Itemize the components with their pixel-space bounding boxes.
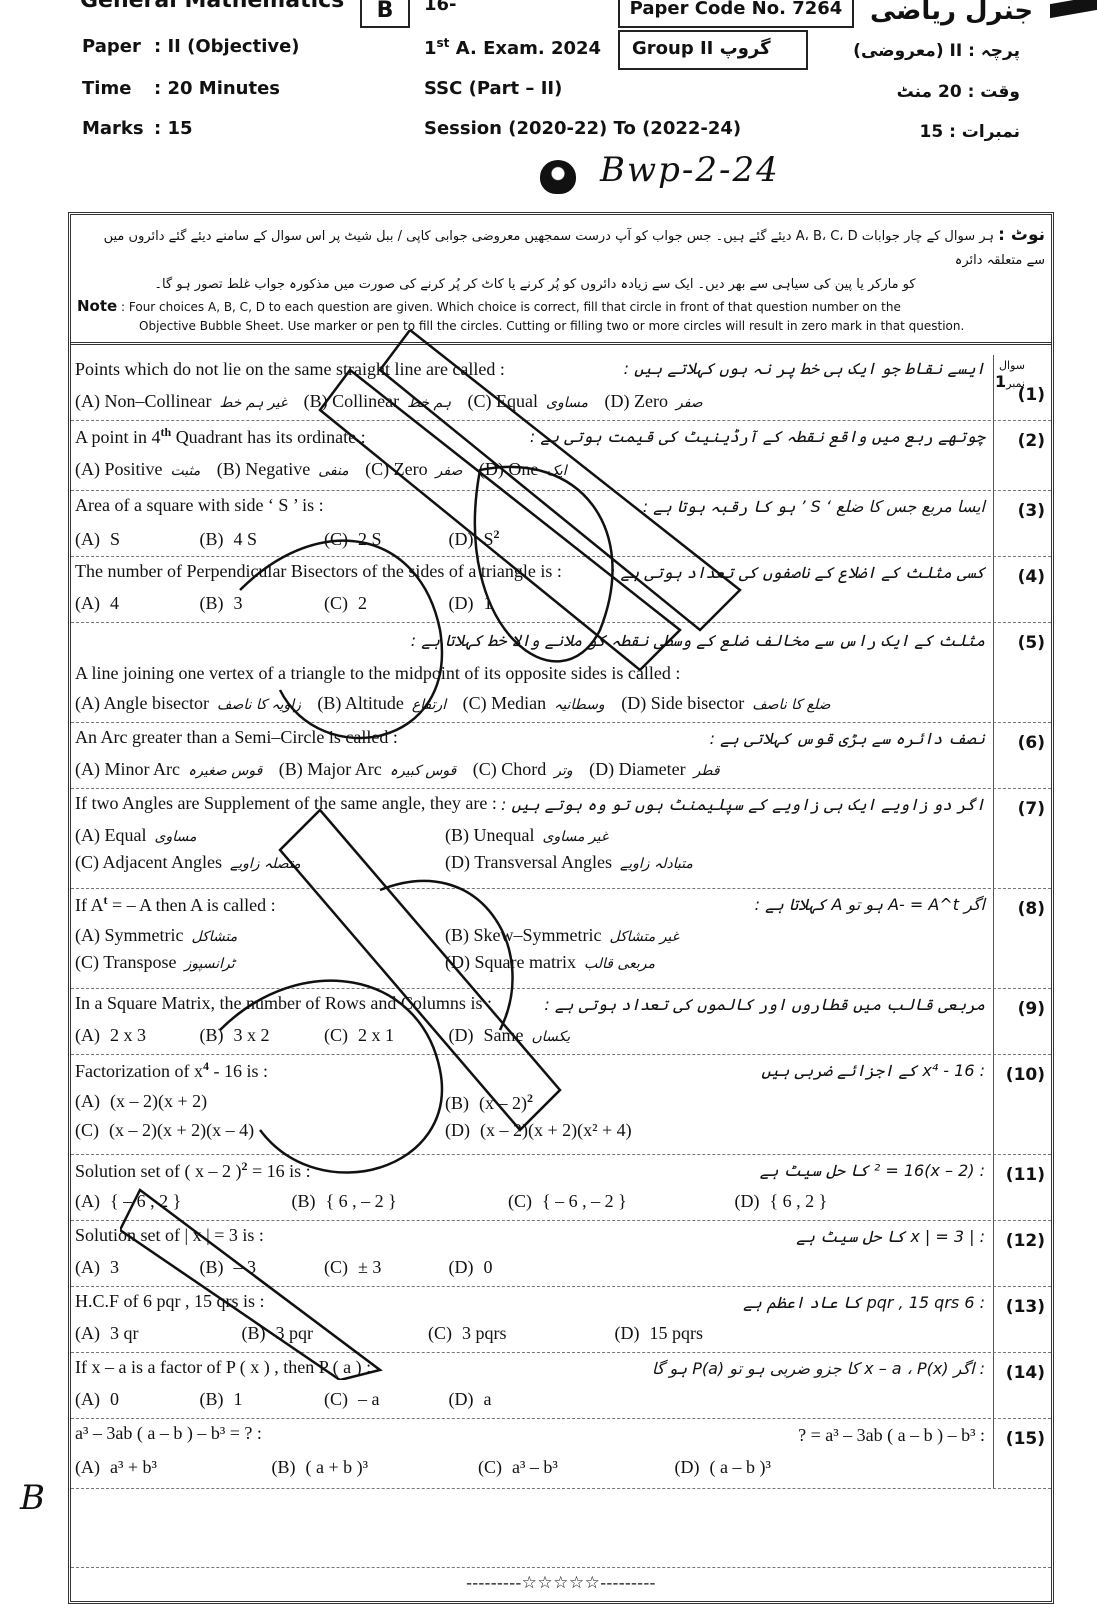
urdu-marks-line: نمبرات : 15 [919,122,1020,142]
option-c[interactable]: (C) Zeroصفر [365,459,462,480]
options: (A){ – 6 , 2 } (B){ 6 , – 2 } (C){ – 6 ,… [75,1191,839,1212]
options: (A) Minor Arcقوس صغیرہ (B) Major Arcقوس … [75,759,732,780]
option-d[interactable]: (D) Square matrixمربعی قالب [445,952,845,973]
question-number: (9) [1018,999,1045,1019]
option-c[interactable]: (C) Transposeٹرانسپوز [75,952,445,973]
question-text: If x – a is a factor of P ( x ) , then P… [75,1357,371,1378]
question-urdu: کسی مثلث کے اضلاع کے ناصفوں کی تعداد ہوت… [610,563,985,582]
options: (A) Angle bisectorزاویہ کا ناصف (B) Alti… [75,693,843,714]
question-text: Solution set of ( x – 2 )2 = 16 is : [75,1159,311,1182]
options: (A)3 (B)– 3 (C)± 3 (D)0 [75,1257,569,1278]
subject-title: General Mathematics [80,0,344,13]
question-urdu: : a³ – 3ab ( a – b ) – b³ = ? [798,1425,985,1446]
question-urdu: مربعی قالب میں قطاروں اور کالموں کی تعدا… [544,995,985,1014]
options: (A) Positiveمثبت (B) Negativeمنفی (C) Ze… [75,459,579,480]
question-12: (12) Solution set of | x | = 3 is : : | … [71,1221,1051,1287]
question-4: (4) The number of Perpendicular Bisector… [71,557,1051,623]
question-6: (6) An Arc greater than a Semi–Circle is… [71,723,1051,789]
options: (A)4 (B)3 (C)2 (D)1 [75,593,569,614]
paper-code-box: Paper Code No. 7264 [618,0,854,28]
question-number: (13) [1006,1297,1045,1317]
question-3: (3) Area of a square with side ‘ S ’ is … [71,491,1051,557]
option-d[interactable]: (D)0 [449,1257,569,1278]
option-a[interactable]: (A)4 [75,593,195,614]
option-b[interactable]: (B)1 [200,1389,320,1410]
question-number: (4) [1018,567,1045,587]
question-number: (7) [1018,799,1045,819]
option-c[interactable]: (C)2 [324,593,444,614]
question-urdu: : 6 pqr , 15 qrs کا عاد اعظم ہے [743,1293,985,1312]
options: (A) Equalمساوی (B) Unequalغیر مساوی (C) … [75,825,845,873]
question-2: (2) A point in 4th Quadrant has its ordi… [71,421,1051,491]
question-5: (5) مثلث کے ایک راس سے مخالف ضلع کے وسطی… [71,623,1051,723]
option-d[interactable]: (D){ 6 , 2 } [735,1191,828,1212]
question-list: سوال نمبر1 (1) Points which do not lie o… [71,355,1051,1489]
option-b[interactable]: (B) Skew–Symmetricغیر متشاکل [445,925,845,946]
option-d[interactable]: (D) Side bisectorضلع کا ناصف [621,693,830,714]
question-text: Area of a square with side ‘ S ’ is : [75,495,324,516]
question-15: (15) a³ – 3ab ( a – b ) – b³ = ? : : a³ … [71,1419,1051,1489]
question-number: (11) [1006,1165,1045,1185]
question-urdu: ایسا مربع جس کا ضلع ‘ S ’ ہو کا رقبہ ہوت… [643,497,985,516]
question-number: (14) [1006,1363,1045,1383]
option-b[interactable]: (B) Collinearہم خط [304,391,451,412]
session: Session (2020-22) To (2022-24) [424,118,741,139]
option-a[interactable]: (A)3 qr [75,1323,225,1344]
question-urdu: اگر A- = A^t ہو تو A کہلاتا ہے : [755,895,985,914]
question-number: (10) [1006,1065,1045,1085]
option-b[interactable]: (B)(x – 2)2 [445,1091,845,1114]
question-text: The number of Perpendicular Bisectors of… [75,561,562,582]
option-a[interactable]: (A) Angle bisectorزاویہ کا ناصف [75,693,301,714]
option-d[interactable]: (D) Diameterقطر [589,759,719,780]
options: (A)S (B)4 S (C)2 S (D)S2 [75,527,569,550]
question-number: (5) [1018,633,1045,653]
option-b[interactable]: (B) Negativeمنفی [217,459,349,480]
option-a[interactable]: (A)a³ + b³ [75,1457,255,1478]
options: (A)2 x 3 (B)3 x 2 (C)2 x 1 (D)Sameیکساں [75,1025,649,1046]
option-b[interactable]: (B)3 x 2 [200,1025,320,1046]
question-1: سوال نمبر1 (1) Points which do not lie o… [71,355,1051,421]
question-urdu: : (x – 2)² = 16 کا حل سیٹ ہے [760,1161,985,1180]
option-c[interactable]: (C)a³ – b³ [478,1457,658,1478]
question-number: (8) [1018,899,1045,919]
question-urdu: : اگر x – a ، P(x) کا جزو ضربی ہو تو P(a… [652,1359,985,1378]
option-b[interactable]: (B)4 S [200,529,320,550]
question-urdu: ایسے نقاط جو ایک ہی خط پر نہ ہوں کہلاتے … [624,359,985,378]
paper-letter-box: B [360,0,410,28]
option-d[interactable]: (D)( a – b )³ [675,1457,771,1478]
question-urdu: چوتھے ربع میں واقع نقطہ کے آرڈینیٹ کی قی… [530,427,985,446]
scan-blot [1050,0,1097,18]
urdu-time-line: وقت : 20 منٹ [897,82,1020,102]
english-note: Note : Four choices A, B, C, D to each q… [77,297,1043,336]
code-prefix: 16- [424,0,457,15]
question-urdu: : x⁴ - 16 کے اجزائے ضربی ہیں [761,1061,985,1080]
end-of-paper-mark: ---------☆☆☆☆☆--------- [71,1567,1051,1601]
handwritten-code: Bwp-2-24 [600,150,780,190]
question-number: (15) [1006,1429,1045,1449]
option-d[interactable]: (D)1 [449,593,569,614]
question-number: (6) [1018,733,1045,753]
time-line: Time: 20 Minutes [82,78,280,99]
options: (A) Non–Collinearغیر ہم خط (B) Collinear… [75,391,715,412]
urdu-paper-line: پرچہ : II (معروضی) [853,40,1020,61]
option-d[interactable]: (D)15 pqrs [615,1323,704,1344]
options: (A) Symmetricمتشاکل (B) Skew–Symmetricغی… [75,925,845,973]
option-b[interactable]: (B)( a + b )³ [272,1457,462,1478]
question-number: (1) [1018,385,1045,405]
option-a[interactable]: (A) Minor Arcقوس صغیرہ [75,759,262,780]
option-a[interactable]: (A)(x – 2)(x + 2) [75,1091,445,1114]
options: (A)(x – 2)(x + 2) (B)(x – 2)2 (C)(x – 2)… [75,1091,845,1141]
option-a[interactable]: (A) Non–Collinearغیر ہم خط [75,391,287,412]
question-text: If two Angles are Supplement of the same… [75,793,497,814]
option-b[interactable]: (B){ 6 , – 2 } [292,1191,492,1212]
option-c[interactable]: (C)± 3 [324,1257,444,1278]
question-number: (12) [1006,1231,1045,1251]
paper-line: Paper: II (Objective) [82,36,300,57]
question-text: A point in 4th Quadrant has its ordinate… [75,425,366,448]
question-text: A line joining one vertex of a triangle … [75,663,680,684]
option-d[interactable]: (D)S2 [449,527,569,550]
option-a[interactable]: (A) Symmetricمتشاکل [75,925,445,946]
option-c[interactable]: (C) Medianوسطانیہ [463,693,605,714]
question-text: In a Square Matrix, the number of Rows a… [75,993,492,1014]
option-c[interactable]: (C)– a [324,1389,444,1410]
question-urdu: مثلث کے ایک راس سے مخالف ضلع کے وسطی نقط… [411,631,985,650]
option-a[interactable]: (A)S [75,529,195,550]
question-9: (9) In a Square Matrix, the number of Ro… [71,989,1051,1055]
option-d[interactable]: (D)(x – 2)(x + 2)(x² + 4) [445,1120,845,1141]
instructions-note: نوٹ : ہر سوال کے چار جوابات A، B، C، D د… [71,215,1051,345]
option-b[interactable]: (B)– 3 [200,1257,320,1278]
question-13: (13) H.C.F of 6 pqr , 15 qrs is : : 6 pq… [71,1287,1051,1353]
option-a[interactable]: (A)2 x 3 [75,1025,195,1046]
option-a[interactable]: (A)3 [75,1257,195,1278]
option-a[interactable]: (A) Positiveمثبت [75,459,200,480]
option-b[interactable]: (B)3 pqr [242,1323,412,1344]
question-text: An Arc greater than a Semi–Circle is cal… [75,727,398,748]
question-urdu: اگر دو زاویے ایک ہی زاویے کے سپلیمنٹ ہوں… [501,795,985,814]
option-c[interactable]: (C) Chordوتر [473,759,573,780]
paper-frame: نوٹ : ہر سوال کے چار جوابات A، B، C، D د… [68,212,1054,1604]
question-text: Factorization of x4 - 16 is : [75,1059,268,1082]
board-logo-icon [540,160,576,194]
group-box: Group II گروپ [618,30,808,70]
options: (A)a³ + b³ (B)( a + b )³ (C)a³ – b³ (D)(… [75,1457,783,1478]
option-c[interactable]: (C) Equalمساوی [468,391,588,412]
option-c[interactable]: (C){ – 6 , – 2 } [508,1191,718,1212]
level: SSC (Part – II) [424,78,562,99]
options: (A)3 qr (B)3 pqr (C)3 pqrs (D)15 pqrs [75,1323,715,1344]
option-d[interactable]: (D)Sameیکساں [449,1025,649,1046]
question-10: (10) Factorization of x4 - 16 is : : x⁴ … [71,1055,1051,1155]
option-b[interactable]: (B)3 [200,593,320,614]
option-c[interactable]: (C)2 x 1 [324,1025,444,1046]
paper-header: General Mathematics B 16- Paper Code No.… [0,0,1097,210]
question-text: Points which do not lie on the same stra… [75,359,505,380]
option-c[interactable]: (C)3 pqrs [428,1323,598,1344]
urdu-subject-title: جنرل ریاضی [870,0,1033,26]
question-urdu: نصف دائرہ سے بڑی قوس کہلاتی ہے : [710,729,985,748]
marks-line: Marks: 15 [82,118,193,139]
option-a[interactable]: (A){ – 6 , 2 } [75,1191,275,1212]
question-text: a³ – 3ab ( a – b ) – b³ = ? : [75,1423,262,1444]
option-b[interactable]: (B) Unequalغیر مساوی [445,825,845,846]
question-number: (3) [1018,501,1045,521]
option-d[interactable]: (D)a [449,1389,569,1410]
option-c[interactable]: (C) Adjacent Anglesمتصلہ زاویے [75,852,445,873]
question-7: (7) If two Angles are Supplement of the … [71,789,1051,889]
question-text: Solution set of | x | = 3 is : [75,1225,264,1246]
question-text: If At = – A then A is called : [75,893,276,916]
question-urdu: : | x | = 3 کا حل سیٹ ہے [796,1227,985,1246]
option-d[interactable]: (D) Oneایک [479,459,567,480]
option-c[interactable]: (C)(x – 2)(x + 2)(x – 4) [75,1120,445,1141]
exam-title: 1st A. Exam. 2024 [424,36,601,59]
urdu-note: نوٹ : ہر سوال کے چار جوابات A، B، C، D د… [85,223,1045,297]
handwritten-side-mark: B [20,1478,45,1518]
question-number: (2) [1018,431,1045,451]
option-d[interactable]: (D) Transversal Anglesمتبادلہ زاویے [445,852,845,873]
option-b[interactable]: (B) Altitudeارتفاع [317,693,446,714]
option-b[interactable]: (B) Major Arcقوس کبیرہ [279,759,457,780]
question-14: (14) If x – a is a factor of P ( x ) , t… [71,1353,1051,1419]
option-a[interactable]: (A) Equalمساوی [75,825,445,846]
options: (A)0 (B)1 (C)– a (D)a [75,1389,569,1410]
question-8: (8) If At = – A then A is called : اگر A… [71,889,1051,989]
option-d[interactable]: (D) Zeroصفر [605,391,703,412]
option-c[interactable]: (C)2 S [324,529,444,550]
question-text: H.C.F of 6 pqr , 15 qrs is : [75,1291,265,1312]
option-a[interactable]: (A)0 [75,1389,195,1410]
question-11: (11) Solution set of ( x – 2 )2 = 16 is … [71,1155,1051,1221]
